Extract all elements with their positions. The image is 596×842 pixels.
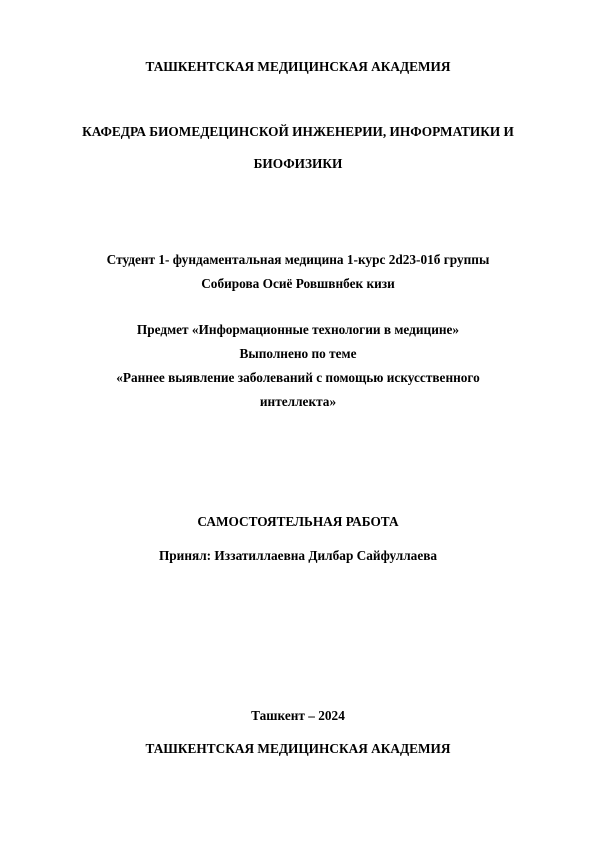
student-info: Студент 1- фундаментальная медицина 1-ку… (0, 252, 596, 268)
topic-line-1: «Раннее выявление заболеваний с помощью … (0, 370, 596, 386)
subject: Предмет «Информационные технологии в мед… (0, 322, 596, 338)
institution-repeat: ТАШКЕНТСКАЯ МЕДИЦИНСКАЯ АКАДЕМИЯ (0, 741, 596, 757)
city-year: Ташкент – 2024 (0, 708, 596, 724)
topic-intro: Выполнено по теме (0, 346, 596, 362)
department-line-1: КАФЕДРА БИОМЕДЕЦИНСКОЙ ИНЖЕНЕРИИ, ИНФОРМ… (0, 124, 596, 140)
student-name: Собирова Осиё Ровшвнбек кизи (0, 276, 596, 292)
accepted-by: Принял: Иззатиллаевна Дилбар Сайфуллаева (0, 548, 596, 564)
department-line-2: БИОФИЗИКИ (0, 156, 596, 172)
work-type: САМОСТОЯТЕЛЬНАЯ РАБОТА (0, 514, 596, 530)
institution-title: ТАШКЕНТСКАЯ МЕДИЦИНСКАЯ АКАДЕМИЯ (0, 59, 596, 75)
topic-line-2: интеллекта» (0, 394, 596, 410)
